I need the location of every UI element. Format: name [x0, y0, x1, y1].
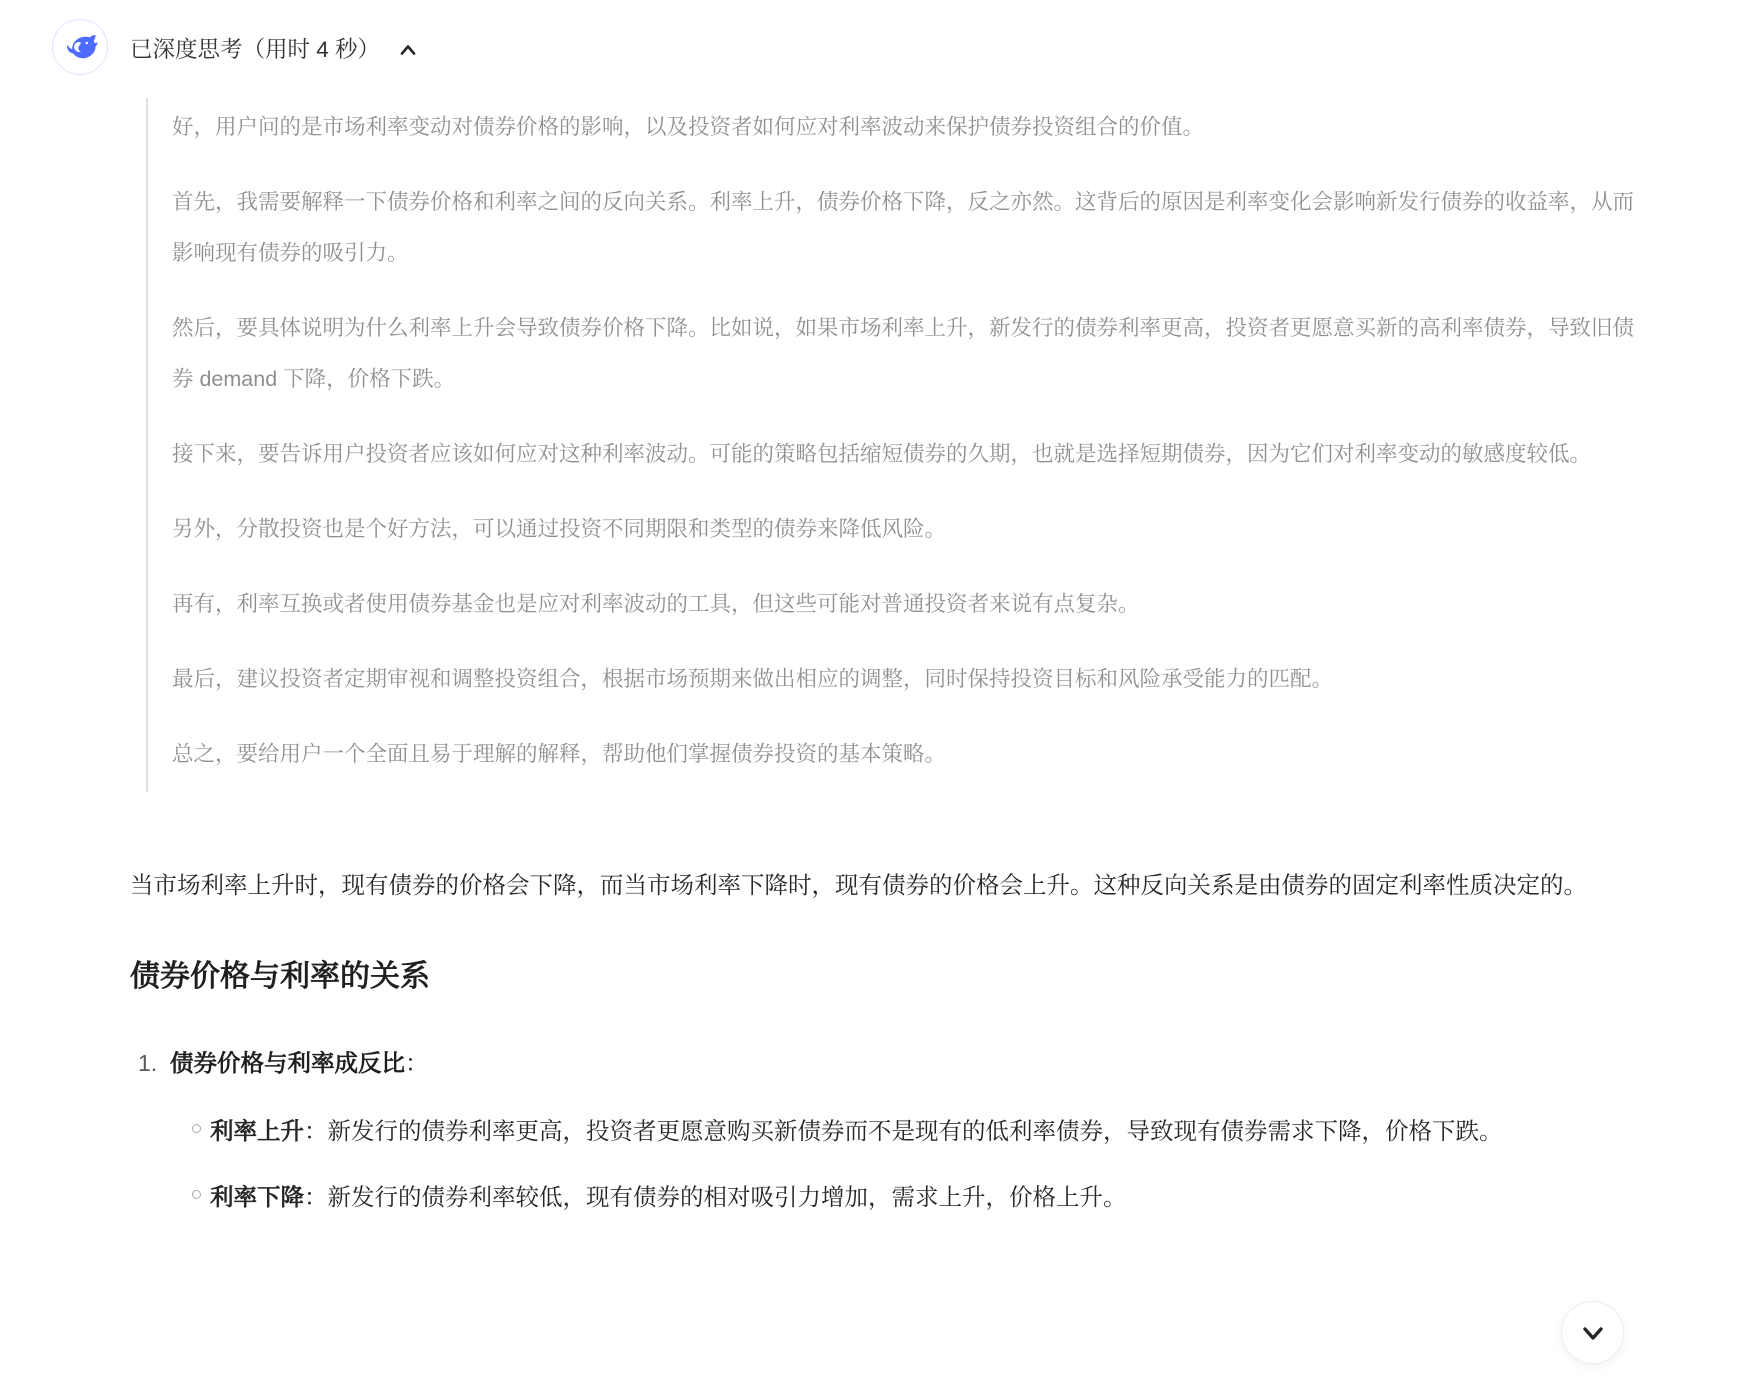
bullet-list: 利率上升：新发行的债券利率更高，投资者更愿意购买新债券而不是现有的低利率债券，导… — [130, 1102, 1652, 1226]
assistant-avatar — [52, 19, 108, 75]
chevron-down-icon — [1579, 1322, 1607, 1346]
answer-intro: 当市场利率上升时，现有债券的价格会下降，而当市场利率下降时，现有债券的价格会上升… — [130, 858, 1652, 912]
scroll-to-bottom-button[interactable] — [1561, 1301, 1624, 1364]
thinking-paragraph: 总之，要给用户一个全面且易于理解的解释，帮助他们掌握债券投资的基本策略。 — [172, 729, 1652, 780]
thinking-paragraph: 最后，建议投资者定期审视和调整投资组合，根据市场预期来做出相应的调整，同时保持投… — [172, 654, 1652, 705]
thinking-paragraph: 另外，分散投资也是个好方法，可以通过投资不同期限和类型的债券来降低风险。 — [172, 504, 1652, 555]
chevron-up-icon[interactable] — [398, 41, 418, 59]
thinking-paragraph: 然后，要具体说明为什么利率上升会导致债券价格下降。比如说，如果市场利率上升，新发… — [172, 303, 1652, 405]
chat-response-view: 已深度思考（用时 4 秒） 好，用户问的是市场利率变动对债券价格的影响，以及投资… — [0, 0, 1743, 1400]
thinking-paragraph: 接下来，要告诉用户投资者应该如何应对这种利率波动。可能的策略包括缩短债券的久期，… — [172, 429, 1652, 480]
bullet-marker-icon — [192, 1124, 201, 1133]
bullet-marker-icon — [192, 1190, 201, 1199]
bullet-item: 利率下降：新发行的债券利率较低，现有债券的相对吸引力增加，需求上升，价格上升。 — [192, 1168, 1652, 1226]
bullet-text: 利率下降：新发行的债券利率较低，现有债券的相对吸引力增加，需求上升，价格上升。 — [210, 1168, 1127, 1226]
list-item-number: 1. — [138, 1050, 170, 1077]
section-heading: 债券价格与利率的关系 — [130, 960, 1652, 994]
thinking-duration-label: 已深度思考（用时 4 秒） — [130, 32, 380, 64]
thinking-block: 好，用户问的是市场利率变动对债券价格的影响，以及投资者如何应对利率波动来保护债券… — [146, 98, 1652, 792]
list-item-title: 债券价格与利率成反比： — [170, 1044, 429, 1078]
thinking-paragraph: 再有，利率互换或者使用债券基金也是应对利率波动的工具，但这些可能对普通投资者来说… — [172, 579, 1652, 630]
deepseek-whale-icon — [62, 33, 98, 61]
thinking-header-toggle[interactable]: 已深度思考（用时 4 秒） — [130, 31, 418, 65]
list-item: 1. 债券价格与利率成反比： — [138, 1044, 1652, 1078]
thinking-paragraph: 首先，我需要解释一下债券价格和利率之间的反向关系。利率上升，债券价格下降，反之亦… — [172, 177, 1652, 279]
bullet-text: 利率上升：新发行的债券利率更高，投资者更愿意购买新债券而不是现有的低利率债券，导… — [210, 1102, 1503, 1160]
thinking-paragraph: 好，用户问的是市场利率变动对债券价格的影响，以及投资者如何应对利率波动来保护债券… — [172, 102, 1652, 153]
bullet-item: 利率上升：新发行的债券利率更高，投资者更愿意购买新债券而不是现有的低利率债券，导… — [192, 1102, 1652, 1160]
ordered-list: 1. 债券价格与利率成反比： 利率上升：新发行的债券利率更高，投资者更愿意购买新… — [130, 1044, 1652, 1226]
message-content: 好，用户问的是市场利率变动对债券价格的影响，以及投资者如何应对利率波动来保护债券… — [130, 98, 1652, 1234]
